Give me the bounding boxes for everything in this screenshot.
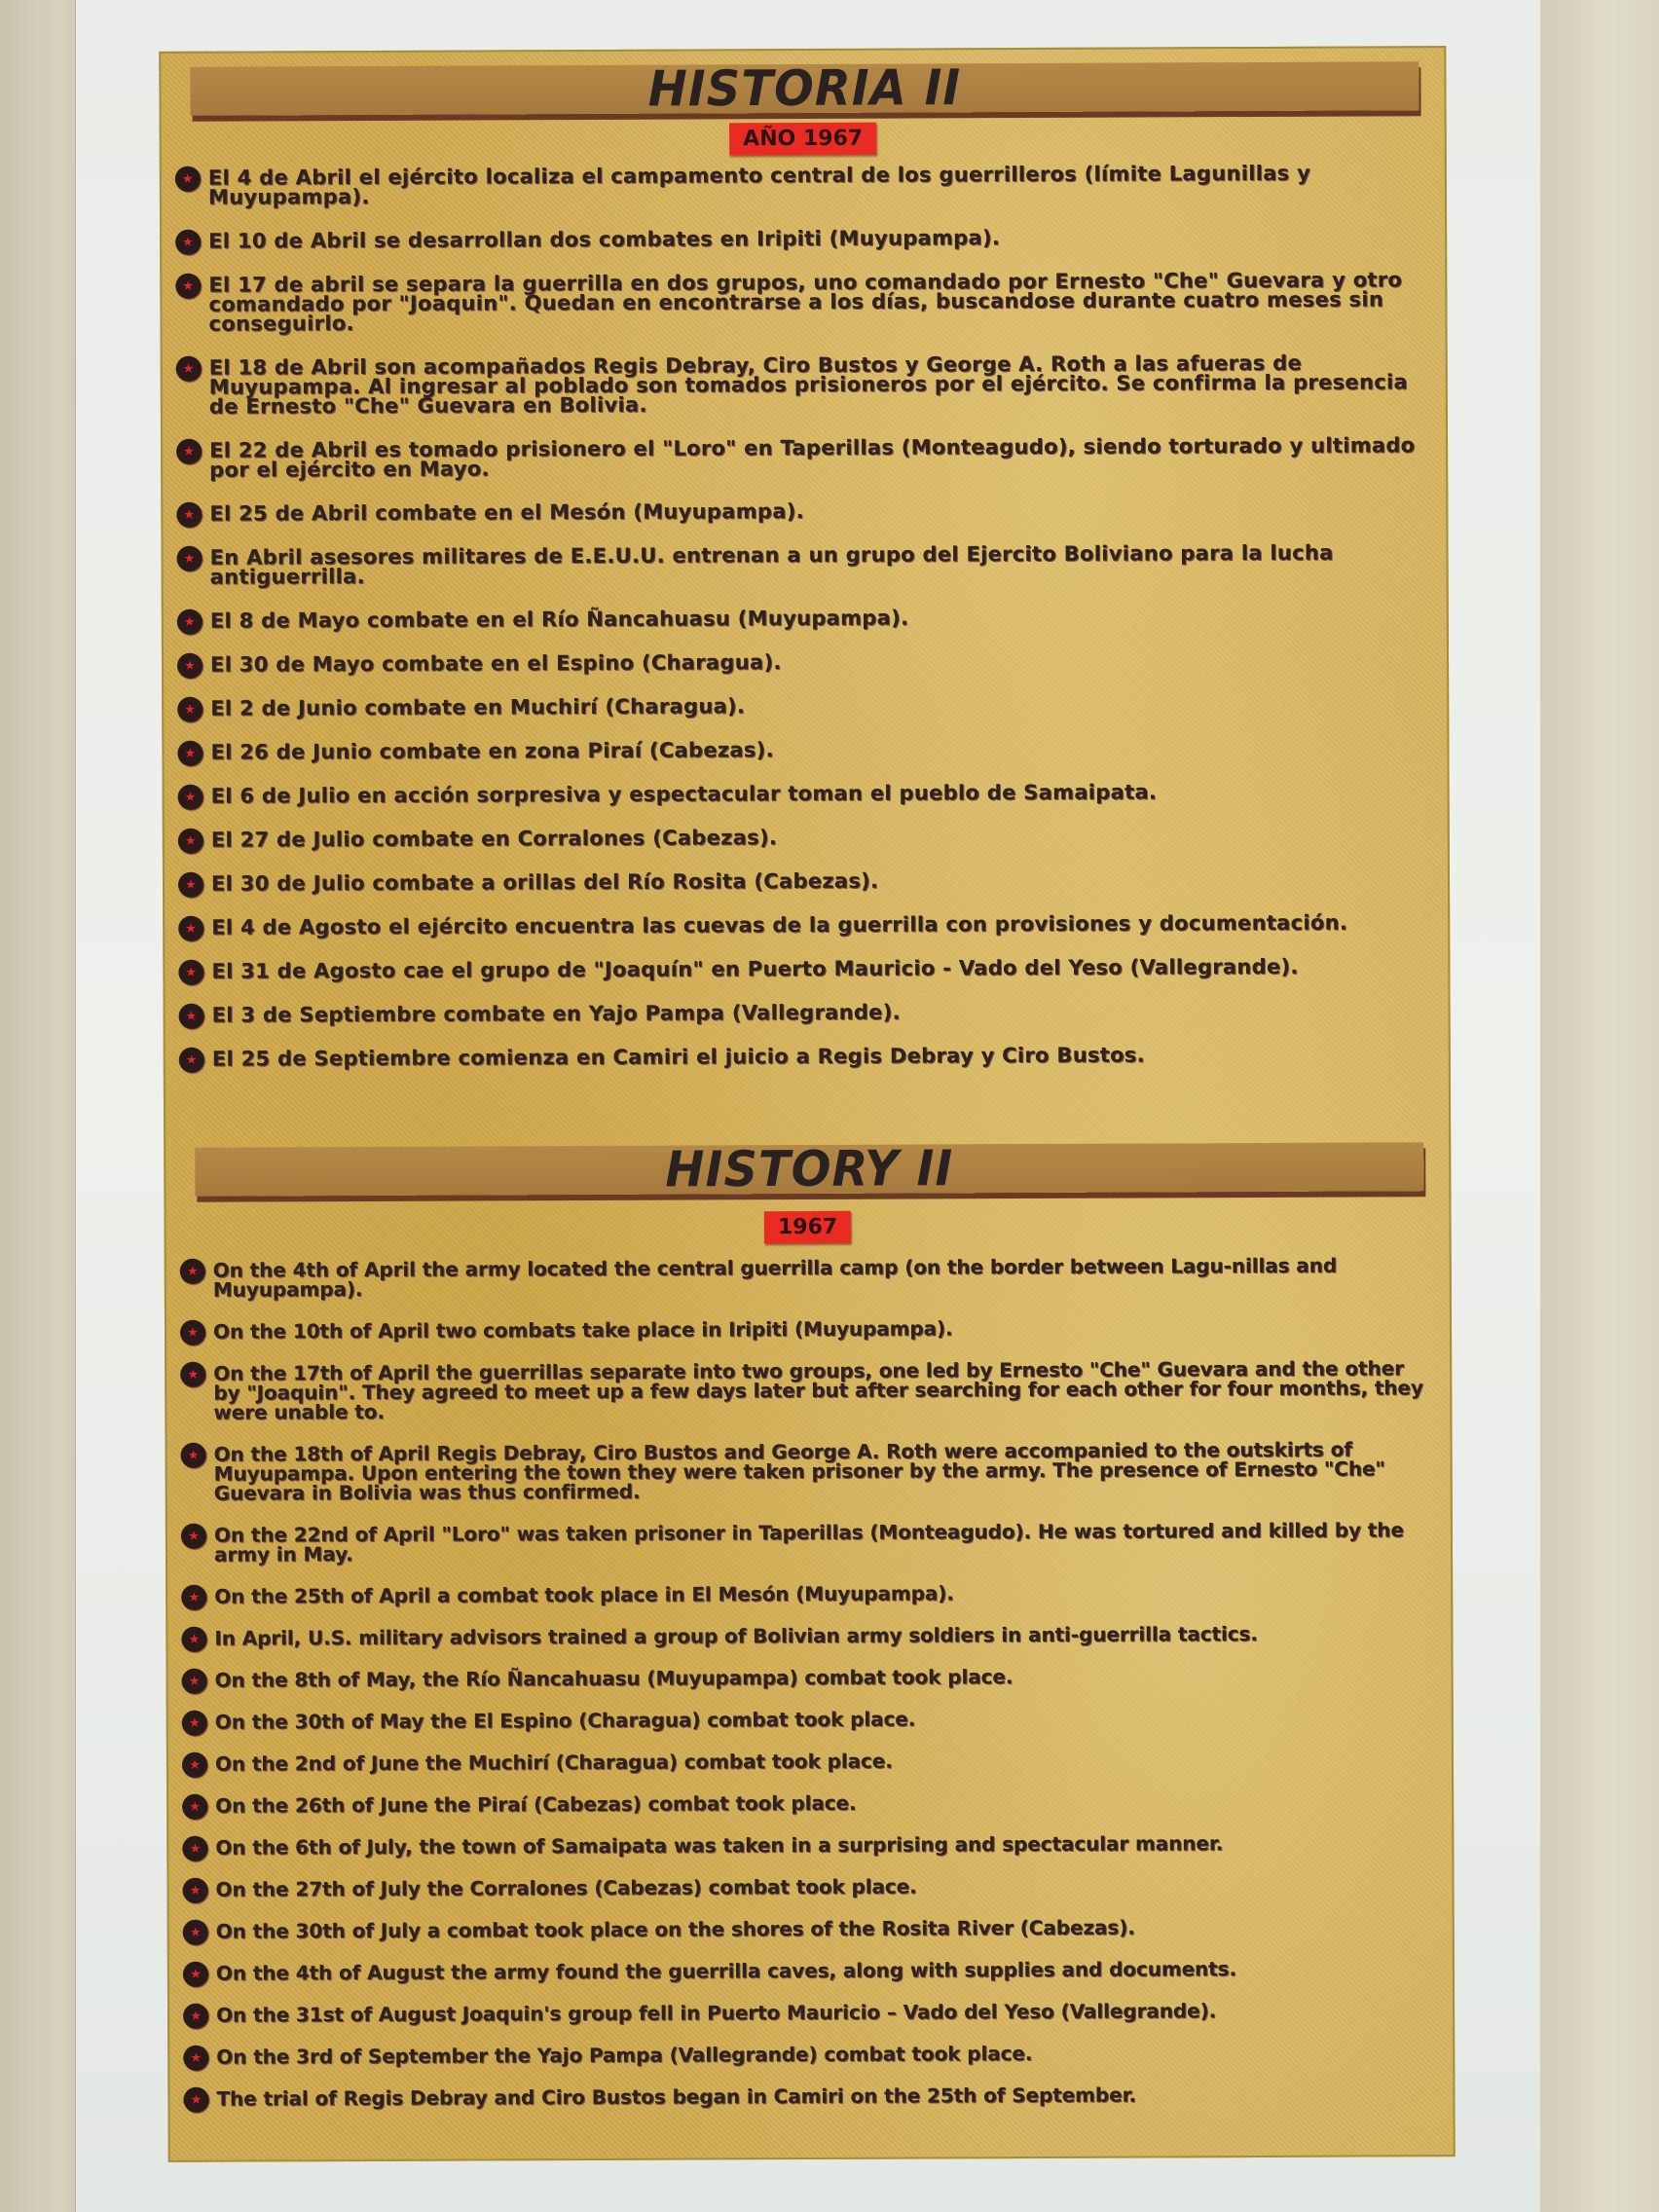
star-bullet-icon: ★ [178,872,203,898]
event-text: On the 25th of April a combat took place… [214,1581,954,1607]
event-item: ★On the 30th of May the El Espino (Chara… [178,1707,1438,1732]
event-item: ★On the 6th of July, the town of Samaipa… [178,1832,1438,1858]
event-text: On the 10th of April two combats take pl… [213,1316,953,1343]
event-text: On the 4th of April the army located the… [213,1254,1337,1302]
event-text: The trial of Regis Debray and Ciro Busto… [216,2083,1136,2111]
event-item: ★El 31 de Agosto cae el grupo de "Joaquí… [174,956,1434,981]
event-item: ★El 2 de Junio combate en Muchirí (Chara… [173,693,1433,719]
event-item: ★En Abril asesores militares de E.E.U.U.… [173,542,1433,587]
star-bullet-icon: ★ [181,1585,206,1610]
star-bullet-icon: ★ [180,1320,205,1346]
star-bullet-icon: ★ [183,2087,208,2113]
event-text: On the 30th of July a combat took place … [216,1916,1135,1943]
event-text: On the 2nd of June the Muchirí (Charagua… [215,1750,893,1776]
event-text: El 31 de Agosto cae el grupo de "Joaquín… [211,955,1298,983]
event-item: ★El 3 de Septiembre combate en Yajo Pamp… [175,1000,1435,1025]
star-bullet-icon: ★ [182,1669,207,1694]
star-bullet-icon: ★ [182,1878,207,1903]
star-bullet-icon: ★ [182,1711,207,1736]
star-bullet-icon: ★ [178,785,203,810]
event-item: ★El 4 de Abril el ejército localiza el c… [171,163,1431,207]
event-item: ★In April, U.S. military advisors traine… [177,1623,1437,1648]
star-bullet-icon: ★ [179,1004,204,1029]
event-text: On the 17th of April the guerrillas sepa… [213,1356,1423,1423]
star-bullet-icon: ★ [177,697,203,722]
star-bullet-icon: ★ [183,2004,208,2029]
event-text: En Abril asesores militares de E.E.U.U. … [209,541,1333,589]
event-item: ★El 22 de Abril es tomado prisionero el … [172,435,1432,480]
event-item: ★On the 30th of July a combat took place… [179,1916,1439,1941]
event-text: El 27 de Julio combate en Corralones (Ca… [211,826,777,852]
event-text: El 3 de Septiembre combate en Yajo Pampa… [212,1001,901,1027]
star-bullet-icon: ★ [181,1443,206,1468]
event-item: ★On the 26th of June the Piraí (Cabezas)… [178,1790,1438,1816]
event-text: El 6 de Julio en acción sorpresiva y esp… [211,780,1158,807]
star-bullet-icon: ★ [176,439,202,464]
star-bullet-icon: ★ [182,1836,207,1862]
event-item: ★On the 4th of August the army found the… [179,1958,1439,1983]
star-bullet-icon: ★ [178,960,203,985]
star-bullet-icon: ★ [177,609,203,635]
event-text: On the 26th of June the Piraí (Cabezas) … [215,1791,856,1818]
star-bullet-icon: ★ [177,741,203,766]
event-text: On the 27th of July the Corralones (Cabe… [215,1875,916,1901]
star-bullet-icon: ★ [175,274,201,299]
star-bullet-icon: ★ [183,1920,208,1945]
star-bullet-icon: ★ [181,1627,206,1652]
spanish-event-list: ★El 4 de Abril el ejército localiza el c… [171,163,1435,1093]
english-title: HISTORY II [665,1140,953,1198]
event-text: El 2 de Junio combate en Muchirí (Charag… [210,694,745,719]
english-year-badge: 1967 [764,1211,851,1243]
spanish-title: HISTORIA II [648,59,962,118]
star-bullet-icon: ★ [183,1962,208,1987]
event-item: ★El 8 de Mayo combate en el Río Ñancahua… [173,606,1433,631]
event-item: ★El 26 de Junio combate en zona Piraí (C… [173,737,1433,762]
event-text: On the 4th of August the army found the … [216,1957,1236,1985]
event-text: El 25 de Septiembre comienza en Camiri e… [212,1043,1145,1070]
event-text: In April, U.S. military advisors trained… [214,1622,1257,1650]
event-text: El 30 de Mayo combate en el Espino (Char… [210,650,782,677]
event-text: El 17 de abril se separa la guerrilla en… [208,268,1402,335]
event-text: On the 22nd of April "Loro" was taken pr… [214,1518,1404,1566]
wall [1540,0,1659,2212]
event-item: ★On the 22nd of April "Loro" was taken p… [177,1520,1437,1565]
event-text: El 8 de Mayo combate en el Río Ñancahuas… [210,607,909,633]
event-item: ★El 17 de abril se separa la guerrilla e… [171,270,1431,334]
event-item: ★El 25 de Septiembre comienza en Camiri … [175,1044,1435,1069]
event-text: El 25 de Abril combate en el Mesón (Muyu… [209,499,804,526]
star-bullet-icon: ★ [175,166,201,192]
star-bullet-icon: ★ [182,1794,207,1820]
event-text: El 10 de Abril se desarrollan dos combat… [208,226,1000,253]
event-text: On the 31st of August Joaquin's group fe… [216,1999,1216,2026]
event-item: ★On the 27th of July the Corralones (Cab… [178,1874,1438,1899]
event-text: El 26 de Junio combate en zona Piraí (Ca… [210,738,774,764]
star-bullet-icon: ★ [176,356,202,382]
event-item: ★El 4 de Agosto el ejército encuentra la… [174,912,1434,938]
event-text: El 4 de Agosto el ejército encuentra las… [211,911,1347,940]
star-bullet-icon: ★ [177,653,203,679]
event-text: El 18 de Abril son acompañados Regis Deb… [209,351,1408,419]
event-item: ★On the 25th of April a combat took plac… [177,1581,1437,1606]
event-item: ★El 10 de Abril se desarrollan dos comba… [171,226,1431,251]
star-bullet-icon: ★ [182,1752,207,1778]
event-text: El 4 de Abril el ejército localiza el ca… [208,162,1310,209]
event-item: ★On the 10th of April two combats take p… [176,1316,1436,1342]
star-bullet-icon: ★ [176,546,202,571]
event-text: El 22 de Abril es tomado prisionero el "… [209,433,1415,481]
history-poster: HISTORIA II AÑO 1967 ★El 4 de Abril el e… [159,46,1455,2162]
english-title-bar: HISTORY II [195,1142,1423,1197]
star-bullet-icon: ★ [178,916,203,941]
event-item: ★On the 8th of May, the Río Ñancahuasu (… [178,1665,1438,1690]
event-text: On the 3rd of September the Yajo Pampa (… [216,2042,1032,2069]
event-text: El 30 de Julio combate a orillas del Río… [211,869,878,896]
event-text: On the 18th of April Regis Debray, Ciro … [214,1438,1385,1505]
event-item: ★On the 31st of August Joaquin's group f… [179,2000,1439,2025]
star-bullet-icon: ★ [180,1259,205,1284]
star-bullet-icon: ★ [180,1362,205,1387]
event-text: On the 6th of July, the town of Samaipat… [215,1831,1223,1860]
event-text: On the 8th of May, the Río Ñancahuasu (M… [215,1665,1014,1692]
event-item: ★El 25 de Abril combate en el Mesón (Muy… [172,498,1432,524]
event-item: ★El 30 de Julio combate a orillas del Rí… [174,868,1434,894]
event-item: ★El 18 de Abril son acompañados Regis De… [172,352,1432,417]
spanish-title-bar: HISTORIA II [190,61,1419,116]
spanish-year-badge: AÑO 1967 [729,123,876,156]
event-item: ★On the 2nd of June the Muchirí (Charagu… [178,1749,1438,1774]
event-item: ★On the 4th of April the army located th… [176,1255,1436,1300]
english-event-list: ★On the 4th of April the army located th… [176,1255,1440,2131]
event-text: On the 30th of May the El Espino (Charag… [215,1708,916,1734]
event-item: ★El 6 de Julio en acción sorpresiva y es… [174,781,1434,806]
star-bullet-icon: ★ [175,230,201,255]
event-item: ★El 30 de Mayo combate en el Espino (Cha… [173,649,1433,675]
star-bullet-icon: ★ [183,2046,208,2071]
star-bullet-icon: ★ [178,829,203,854]
event-item: ★On the 3rd of September the Yajo Pampa … [179,2042,1439,2067]
star-bullet-icon: ★ [179,1048,204,1073]
event-item: ★On the 17th of April the guerrillas sep… [176,1358,1436,1422]
event-item: ★The trial of Regis Debray and Ciro Bust… [179,2083,1439,2109]
event-item: ★On the 18th of April Regis Debray, Ciro… [177,1439,1437,1503]
star-bullet-icon: ★ [181,1524,206,1549]
star-bullet-icon: ★ [176,502,202,528]
event-item: ★El 27 de Julio combate en Corralones (C… [174,825,1434,850]
